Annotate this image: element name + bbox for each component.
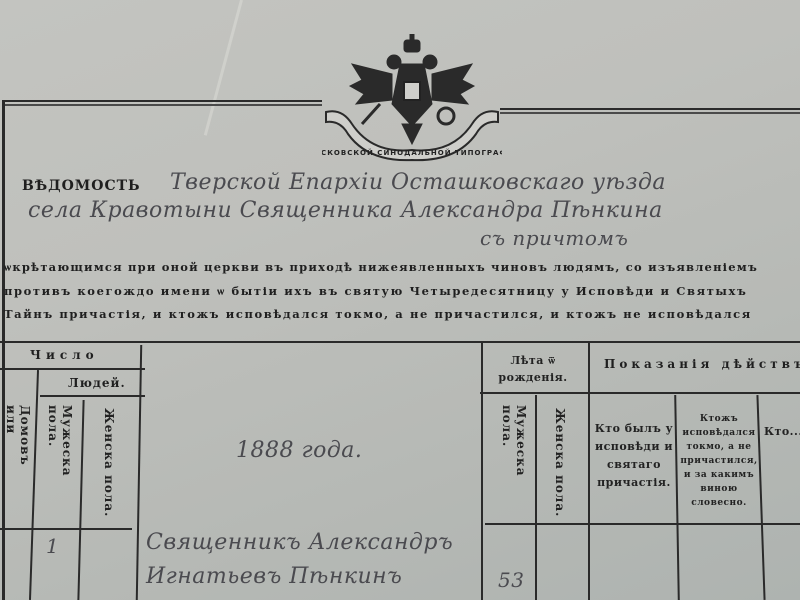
coat-of-arms-icon: МОСКОВСКОЙ СИНОДАЛЬНОЙ ТИПОГРАФІИ — [322, 34, 502, 162]
row-1-name-line-1: Священникъ Александръ — [146, 530, 453, 555]
handwritten-clergy-line: съ причтомъ — [480, 226, 628, 250]
preamble-line-1: ѡкрѣтающимся при оной церкви въ приходѣ … — [4, 260, 758, 274]
header-zhen-pola-1: Женска пола. — [102, 408, 116, 518]
leta-underline — [480, 392, 800, 394]
preamble-line-3: Тайнъ причастія, и ктожъ исповѣдался ток… — [4, 307, 752, 321]
svg-text:МОСКОВСКОЙ СИНОДАЛЬНОЙ ТИПОГРА: МОСКОВСКОЙ СИНОДАЛЬНОЙ ТИПОГРАФІИ — [322, 148, 502, 157]
col-divider-muzh-zhen — [77, 400, 84, 600]
col-divider-leta-mid — [535, 395, 537, 600]
row-1-age-male: 53 — [498, 568, 524, 592]
row-1-name-line-2: Игнатьевъ Пѣнкинъ — [146, 564, 402, 589]
header-domov: Домовъ или — [4, 405, 32, 495]
header-muzh-pola-2: Мужеска пола. — [500, 405, 528, 515]
chislo-underline — [0, 368, 145, 370]
lyudey-underline — [40, 395, 145, 397]
header-bottom-right — [485, 523, 800, 525]
col-divider-leta-left — [481, 342, 483, 600]
year-note: 1888 года. — [236, 438, 362, 463]
left-border — [2, 100, 5, 600]
preamble-line-2: противъ коегождо имени ѡ бытіи ихъ въ св… — [4, 284, 747, 298]
header-bottom-left — [0, 528, 132, 530]
col-divider-pokaz-left — [588, 342, 590, 600]
handwritten-village-priest-line: села Кравотыни Священника Александра Пѣн… — [28, 198, 663, 223]
header-pokazaniya: Показанія дѣйствъ — [604, 357, 800, 371]
header-col-2: Ктожъ исповѣдался токмо, а не причастилс… — [680, 412, 758, 510]
header-chislo: Число — [30, 348, 99, 362]
top-rule-right — [500, 108, 800, 110]
paper-crease — [204, 0, 243, 136]
header-lyudey: Людей. — [68, 376, 126, 390]
header-col-3: Кто... — [764, 424, 800, 439]
table-top-border — [0, 341, 800, 343]
document-title-label: ВѢДОМОСТЬ — [22, 178, 141, 194]
row-1-male-count: 1 — [46, 534, 59, 558]
document-page: МОСКОВСКОЙ СИНОДАЛЬНОЙ ТИПОГРАФІИ ВѢДОМО… — [0, 0, 800, 600]
col-divider-names — [136, 345, 142, 600]
header-muzh-pola-1: Мужеска пола. — [46, 405, 74, 515]
header-col-1: Кто былъ у исповѣди и святаго причастія. — [592, 420, 676, 492]
header-leta: Лѣта ѿ рожденія. — [488, 352, 578, 386]
handwritten-diocese-line: Тверской Епархіи Осташковскаго уѣзда — [170, 170, 666, 195]
header-zhen-pola-2: Женска пола. — [553, 408, 567, 518]
top-rule-left — [2, 100, 322, 102]
